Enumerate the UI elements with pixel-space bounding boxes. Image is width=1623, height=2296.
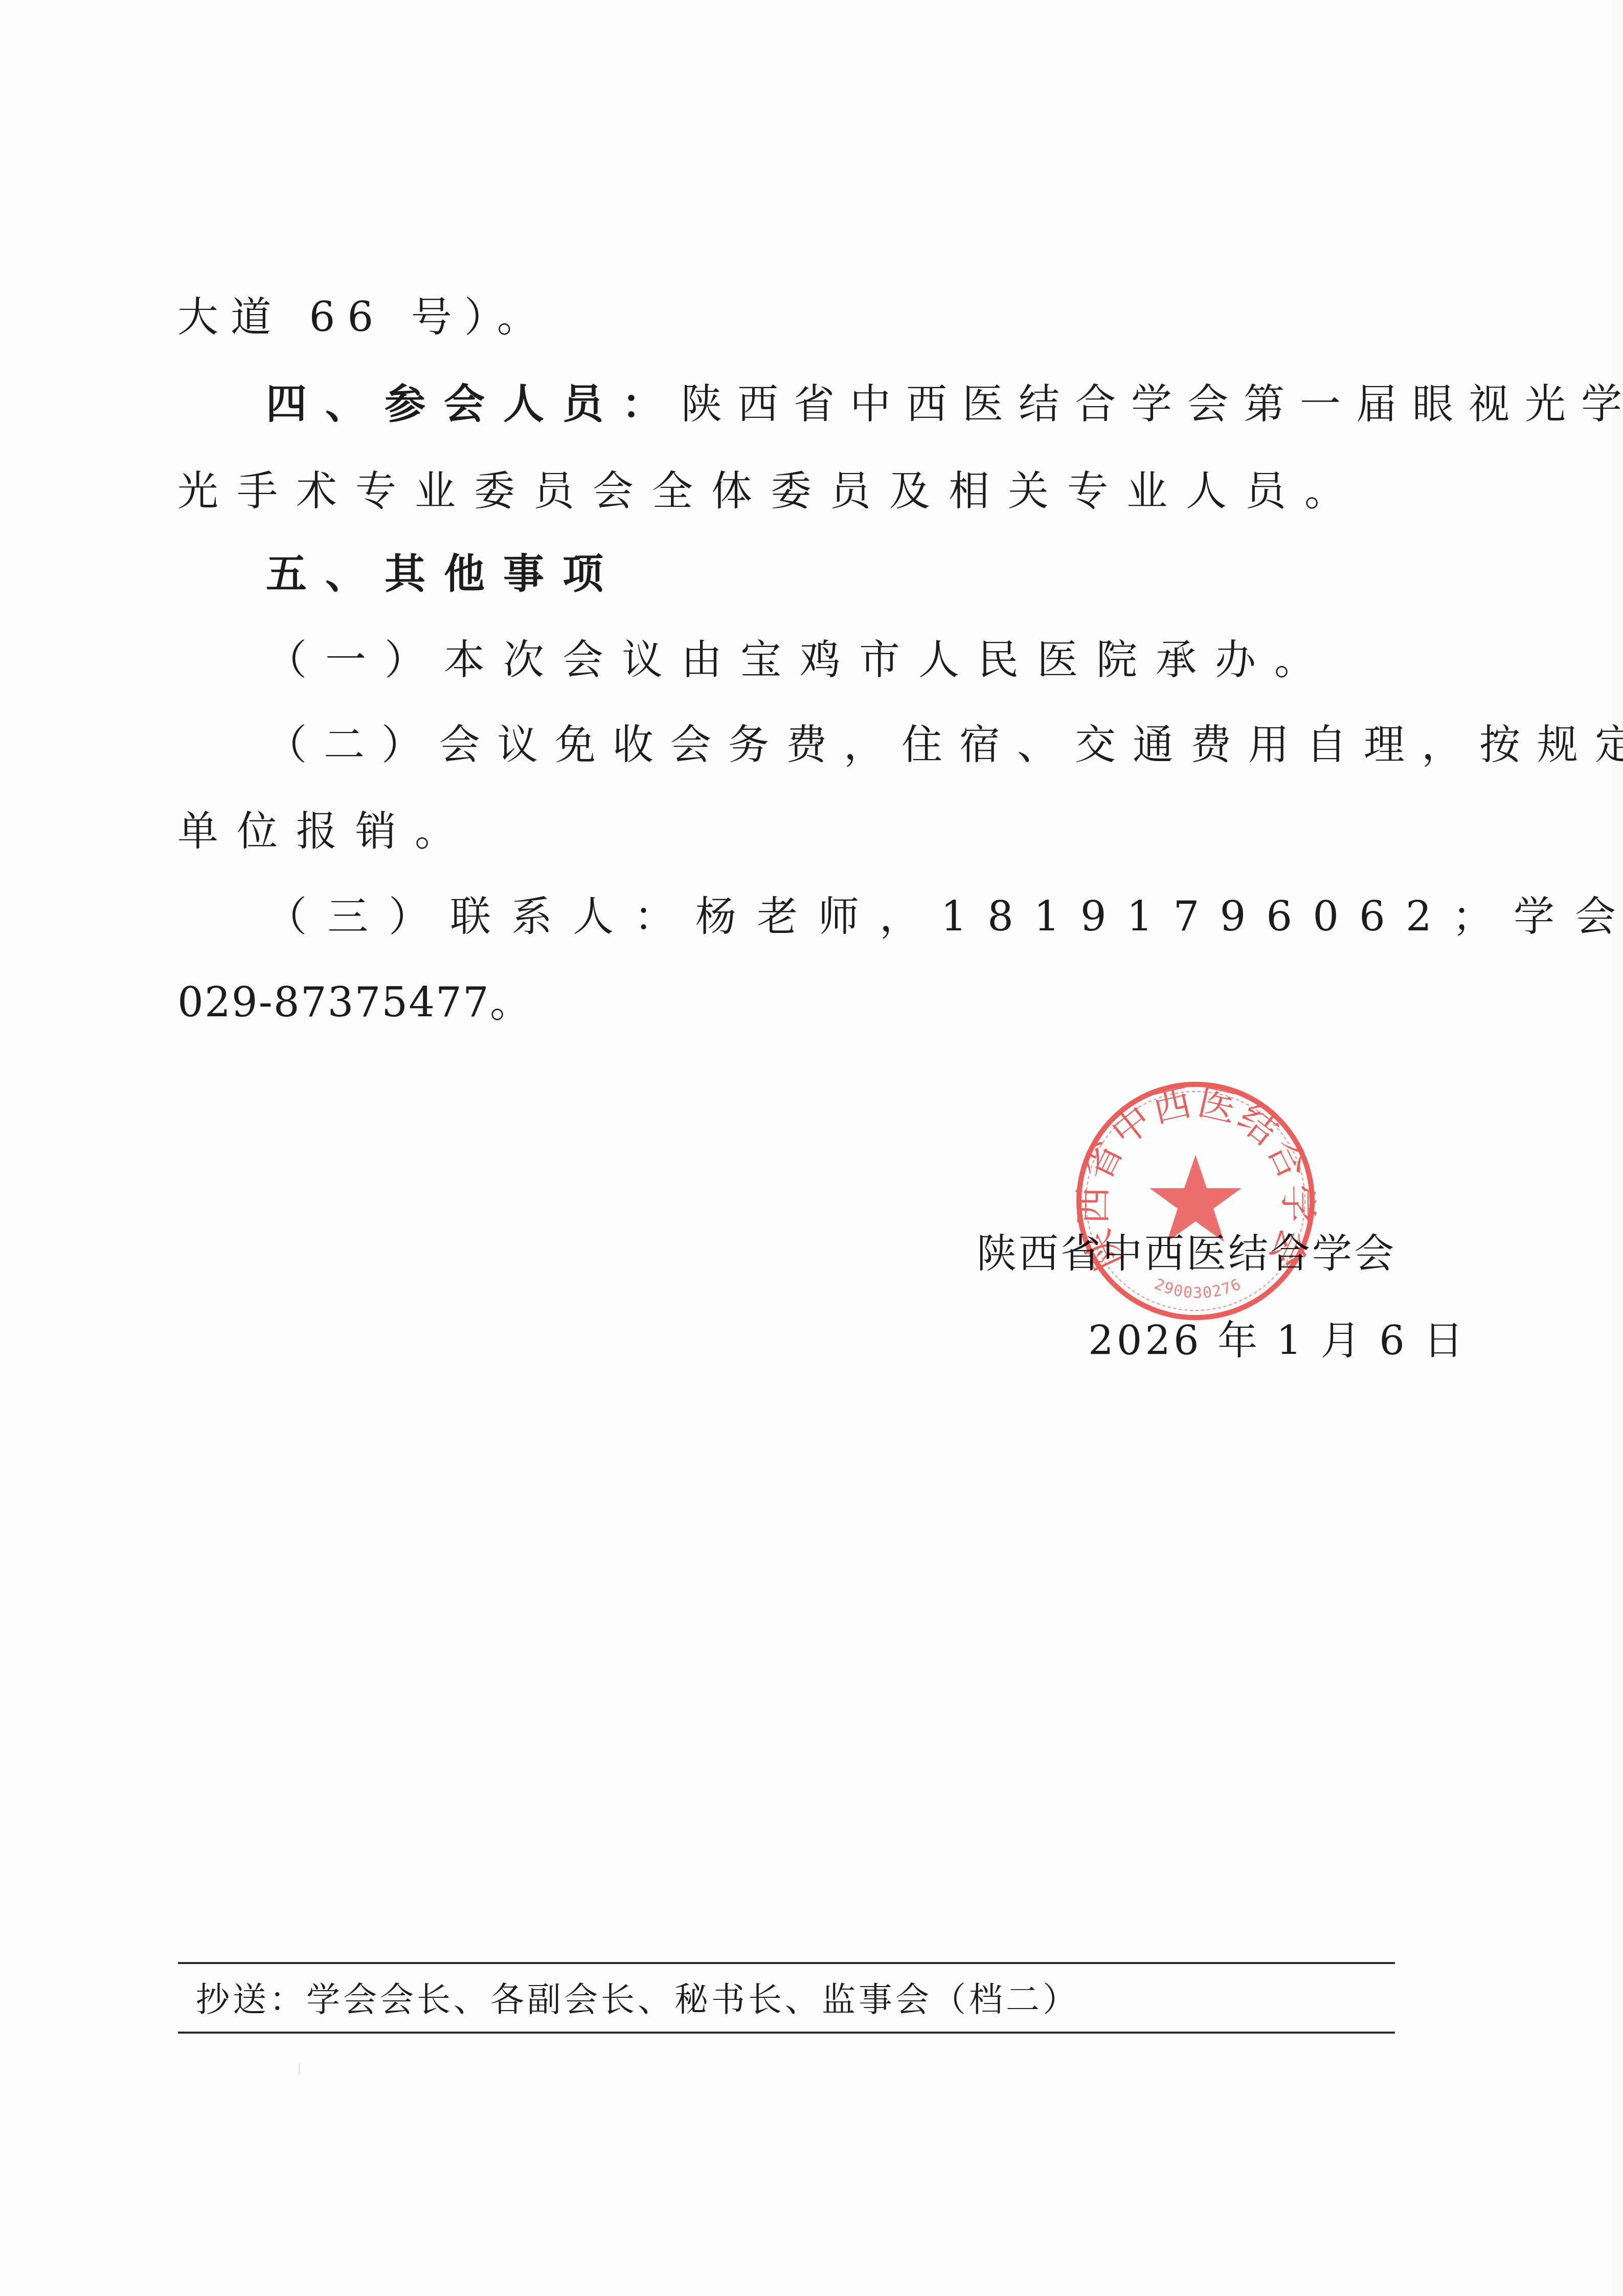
cc-recipients: 学会会长、各副会长、秘书长、监事会（档二） bbox=[306, 1980, 1079, 2019]
cc-line: 抄送：学会会长、各副会长、秘书长、监事会（档二） bbox=[196, 1974, 1079, 2025]
item-three-line1: （三）联系人：杨老师，18191796062；学会办公室， bbox=[266, 886, 1623, 947]
attendees-paragraph-line1: 四、参会人员： 陕西省中西医结合学会第一届眼视光学与屈 bbox=[266, 373, 1406, 435]
footer-top-rule bbox=[178, 1962, 1395, 1964]
attendees-text: 陕西省中西医结合学会第一届眼视光学与屈 bbox=[681, 373, 1623, 435]
official-seal-stamp: 陕西省中西医结合学会 290030276 bbox=[1073, 1078, 1318, 1324]
document-page: 大道 66 号）。 四、参会人员： 陕西省中西医结合学会第一届眼视光学与屈 光手… bbox=[0, 0, 1623, 2296]
item-two-line1: （二）会议免收会务费，住宿、交通费用自理，按规定回原 bbox=[266, 714, 1623, 775]
attendees-heading: 四、参会人员： bbox=[266, 373, 681, 435]
item-one: （一）本次会议由宝鸡市人民医院承办。 bbox=[266, 629, 1334, 690]
scan-speck bbox=[299, 2064, 300, 2075]
attendees-paragraph-line2: 光手术专业委员会全体委员及相关专业人员。 bbox=[177, 460, 1364, 522]
footer-bottom-rule bbox=[178, 2032, 1395, 2034]
item-three-line2: 029-87375477。 bbox=[177, 972, 532, 1033]
seal-serial: 290030276 bbox=[1152, 1275, 1244, 1302]
cc-label: 抄送： bbox=[196, 1980, 306, 2019]
seal-serial-path: 290030276 bbox=[1152, 1275, 1244, 1302]
item-two-line2: 单位报销。 bbox=[177, 800, 474, 862]
address-continuation: 大道 66 号）。 bbox=[177, 286, 550, 348]
seal-star-icon bbox=[1149, 1155, 1242, 1242]
scan-edge-artifact bbox=[1612, 0, 1623, 2296]
other-matters-heading: 五、其他事项 bbox=[266, 543, 622, 605]
